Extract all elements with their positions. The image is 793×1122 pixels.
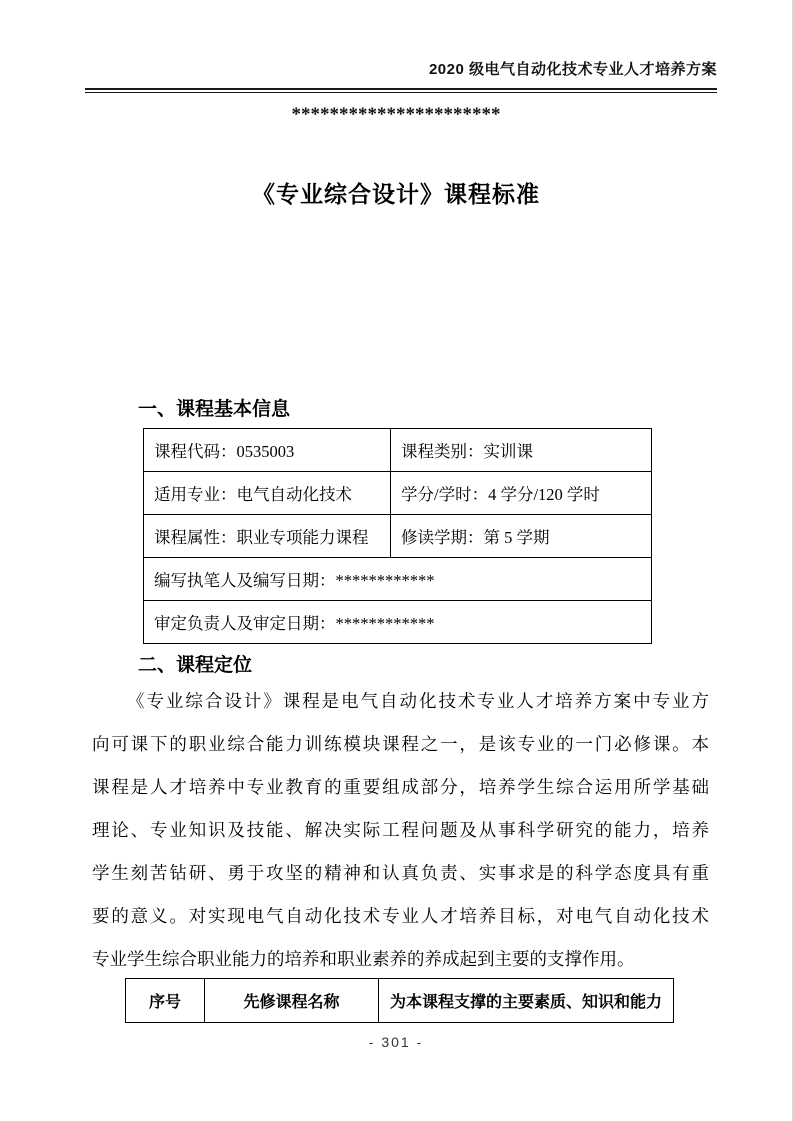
table-row: 适用专业：电气自动化技术 学分/学时：4 学分/120 学时 xyxy=(144,472,652,515)
header-divider-thin-line xyxy=(85,92,717,93)
author-date-cell: 编写执笔人及编写日期：************ xyxy=(144,558,652,601)
course-positioning-paragraph: 《专业综合设计》课程是电气自动化技术专业人才培养方案中专业方 向可课下的职业综合… xyxy=(92,680,709,981)
study-semester-cell: 修读学期：第 5 学期 xyxy=(391,515,652,558)
document-header: 2020 级电气自动化技术专业人才培养方案 xyxy=(85,58,717,79)
table-row: 课程属性：职业专项能力课程 修读学期：第 5 学期 xyxy=(144,515,652,558)
document-page: { "header": { "title": "2020 级电气自动化技术专业人… xyxy=(0,0,793,1122)
serial-number-header-cell: 序号 xyxy=(126,979,205,1023)
table-header-row: 序号 先修课程名称 为本课程支撑的主要素质、知识和能力 xyxy=(126,979,674,1023)
supported-qualities-header-cell: 为本课程支撑的主要素质、知识和能力 xyxy=(379,979,674,1023)
paragraph-line: 《专业综合设计》课程是电气自动化技术专业人才培养方案中专业方 xyxy=(92,680,709,723)
document-title: 《专业综合设计》课程标准 xyxy=(0,176,792,209)
paragraph-line: 专业学生综合职业能力的培养和职业素养的养成起到主要的支撑作用。 xyxy=(92,938,709,981)
header-divider-thick-line xyxy=(85,88,717,90)
course-info-table: 课程代码：0535003 课程类别：实训课 适用专业：电气自动化技术 学分/学时… xyxy=(143,428,652,644)
header-divider xyxy=(85,88,717,93)
table-row: 课程代码：0535003 课程类别：实训课 xyxy=(144,429,652,472)
paragraph-line: 理论、专业知识及技能、解决实际工程问题及从事科学研究的能力，培养 xyxy=(92,809,709,852)
paragraph-line: 学生刻苦钻研、勇于攻坚的精神和认真负责、实事求是的科学态度具有重 xyxy=(92,852,709,895)
paragraph-line: 课程是人才培养中专业教育的重要组成部分，培养学生综合运用所学基础 xyxy=(92,766,709,809)
course-attribute-cell: 课程属性：职业专项能力课程 xyxy=(144,515,391,558)
credits-hours-cell: 学分/学时：4 学分/120 学时 xyxy=(391,472,652,515)
paragraph-line: 要的意义。对实现电气自动化技术专业人才培养目标，对电气自动化技术 xyxy=(92,895,709,938)
course-category-cell: 课程类别：实训课 xyxy=(391,429,652,472)
table-row: 编写执笔人及编写日期：************ xyxy=(144,558,652,601)
prerequisite-course-name-header-cell: 先修课程名称 xyxy=(205,979,379,1023)
applicable-major-cell: 适用专业：电气自动化技术 xyxy=(144,472,391,515)
course-code-cell: 课程代码：0535003 xyxy=(144,429,391,472)
prerequisite-course-table: 序号 先修课程名称 为本课程支撑的主要素质、知识和能力 xyxy=(125,978,674,1023)
masked-text-line: ********************** xyxy=(0,104,792,126)
section-heading-basic-info: 一、课程基本信息 xyxy=(138,394,290,421)
paragraph-line: 向可课下的职业综合能力训练模块课程之一，是该专业的一门必修课。本 xyxy=(92,723,709,766)
section-heading-course-positioning: 二、课程定位 xyxy=(138,650,252,677)
reviewer-date-cell: 审定负责人及审定日期：************ xyxy=(144,601,652,644)
page-number: - 301 - xyxy=(0,1034,792,1050)
table-row: 审定负责人及审定日期：************ xyxy=(144,601,652,644)
